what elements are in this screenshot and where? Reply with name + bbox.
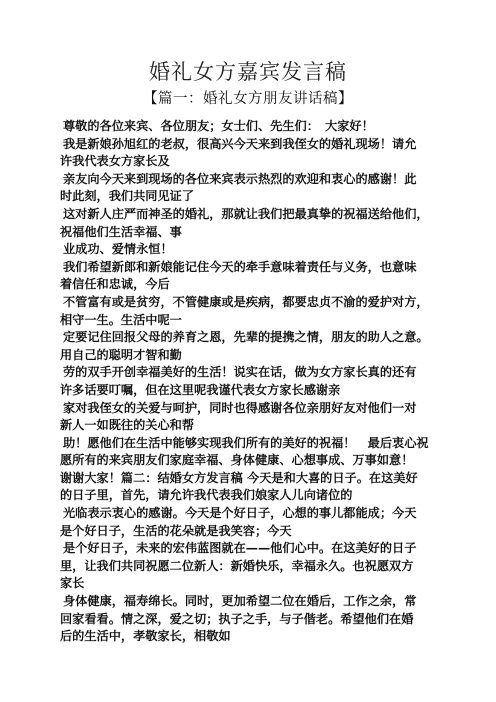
text-line: 光临表示衷心的感谢。今天是个好日子，心想的事儿都能成；今天 <box>60 505 450 523</box>
text-line: 我是新娘孙旭红的老叔，很高兴今天来到我侄女的婚礼现场！请允 <box>60 136 450 154</box>
document-page: 婚礼女方嘉宾发言稿 【篇一：婚礼女方朋友讲话稿】 尊敬的各位来宾、各位朋友；女士… <box>0 0 496 702</box>
document-title: 婚礼女方嘉宾发言稿 <box>0 60 496 84</box>
text-line: 家对我侄女的关爱与呵护，同时也得感谢各位亲朋好友对他们一对 <box>60 400 450 418</box>
text-line: 家长 <box>60 575 450 593</box>
text-line: 是个好日子，未来的宏伟蓝图就在——他们心中。在这美好的日子 <box>60 540 450 558</box>
text-line: 里，让我们共同祝愿二位新人：新婚快乐，幸福永久。也祝愿双方 <box>60 558 450 576</box>
text-line: 劳的双手开创幸福美好的生活！说实在话，做为女方家长真的还有 <box>60 364 450 382</box>
text-line: 谢谢大家！篇二：结婚女方发言稿 今天是和大喜的日子。在这美好 <box>60 470 450 488</box>
text-line: 着信任和忠诚，今后 <box>60 276 450 294</box>
text-line: 许我代表女方家长及 <box>60 153 450 171</box>
text-line: 业成功、爱情永恒！ <box>60 241 450 259</box>
text-line: 尊敬的各位来宾、各位朋友；女士们、先生们： 大家好！ <box>60 118 450 136</box>
text-line: 后的生活中，孝敬家长，相敬如 <box>60 628 450 646</box>
text-line: 定要记住回报父母的养育之恩，先辈的提携之情，朋友的助人之意。 <box>60 329 450 347</box>
text-line: 祝福他们生活幸福、事 <box>60 224 450 242</box>
text-line: 助！愿他们在生活中能够实现我们所有的美好的祝福！ 最后衷心祝 <box>60 435 450 453</box>
text-line: 亲友向今天来到现场的各位来宾表示热烈的欢迎和衷心的感谢！此 <box>60 171 450 189</box>
document-body: 尊敬的各位来宾、各位朋友；女士们、先生们： 大家好！我是新娘孙旭红的老叔，很高兴… <box>60 118 450 646</box>
text-line: 愿所有的来宾朋友们家庭幸福、身体健康、心想事成、万事如意！ <box>60 452 450 470</box>
text-line: 是个好日子，生活的花朵就是我笑容；今天 <box>60 523 450 541</box>
text-line: 相守一生。生活中呢一 <box>60 312 450 330</box>
text-line: 时此刻，我们共同见证了 <box>60 188 450 206</box>
text-line: 用自己的聪明才智和勤 <box>60 347 450 365</box>
document-subtitle: 【篇一：婚礼女方朋友讲话稿】 <box>0 90 496 108</box>
text-line: 身体健康，福寿绵长。同时，更加希望二位在婚后，工作之余，常 <box>60 593 450 611</box>
text-line: 不管富有或是贫穷，不管健康或是疾病，都要忠贞不渝的爱护对方， <box>60 294 450 312</box>
text-line: 新人一如既往的关心和帮 <box>60 417 450 435</box>
text-line: 回家看看。情之深，爱之切；执子之手，与子偕老。希望他们在婚 <box>60 611 450 629</box>
text-line: 许多话要叮嘱，但在这里呢我谨代表女方家长感谢亲 <box>60 382 450 400</box>
text-line: 我们希望新郎和新娘能记住今天的牵手意味着责任与义务，也意味 <box>60 259 450 277</box>
text-line: 这对新人庄严而神圣的婚礼，那就让我们把最真挚的祝福送给他们， <box>60 206 450 224</box>
text-line: 的日子里，首先，请允许我代表我们娘家人儿向诸位的 <box>60 487 450 505</box>
